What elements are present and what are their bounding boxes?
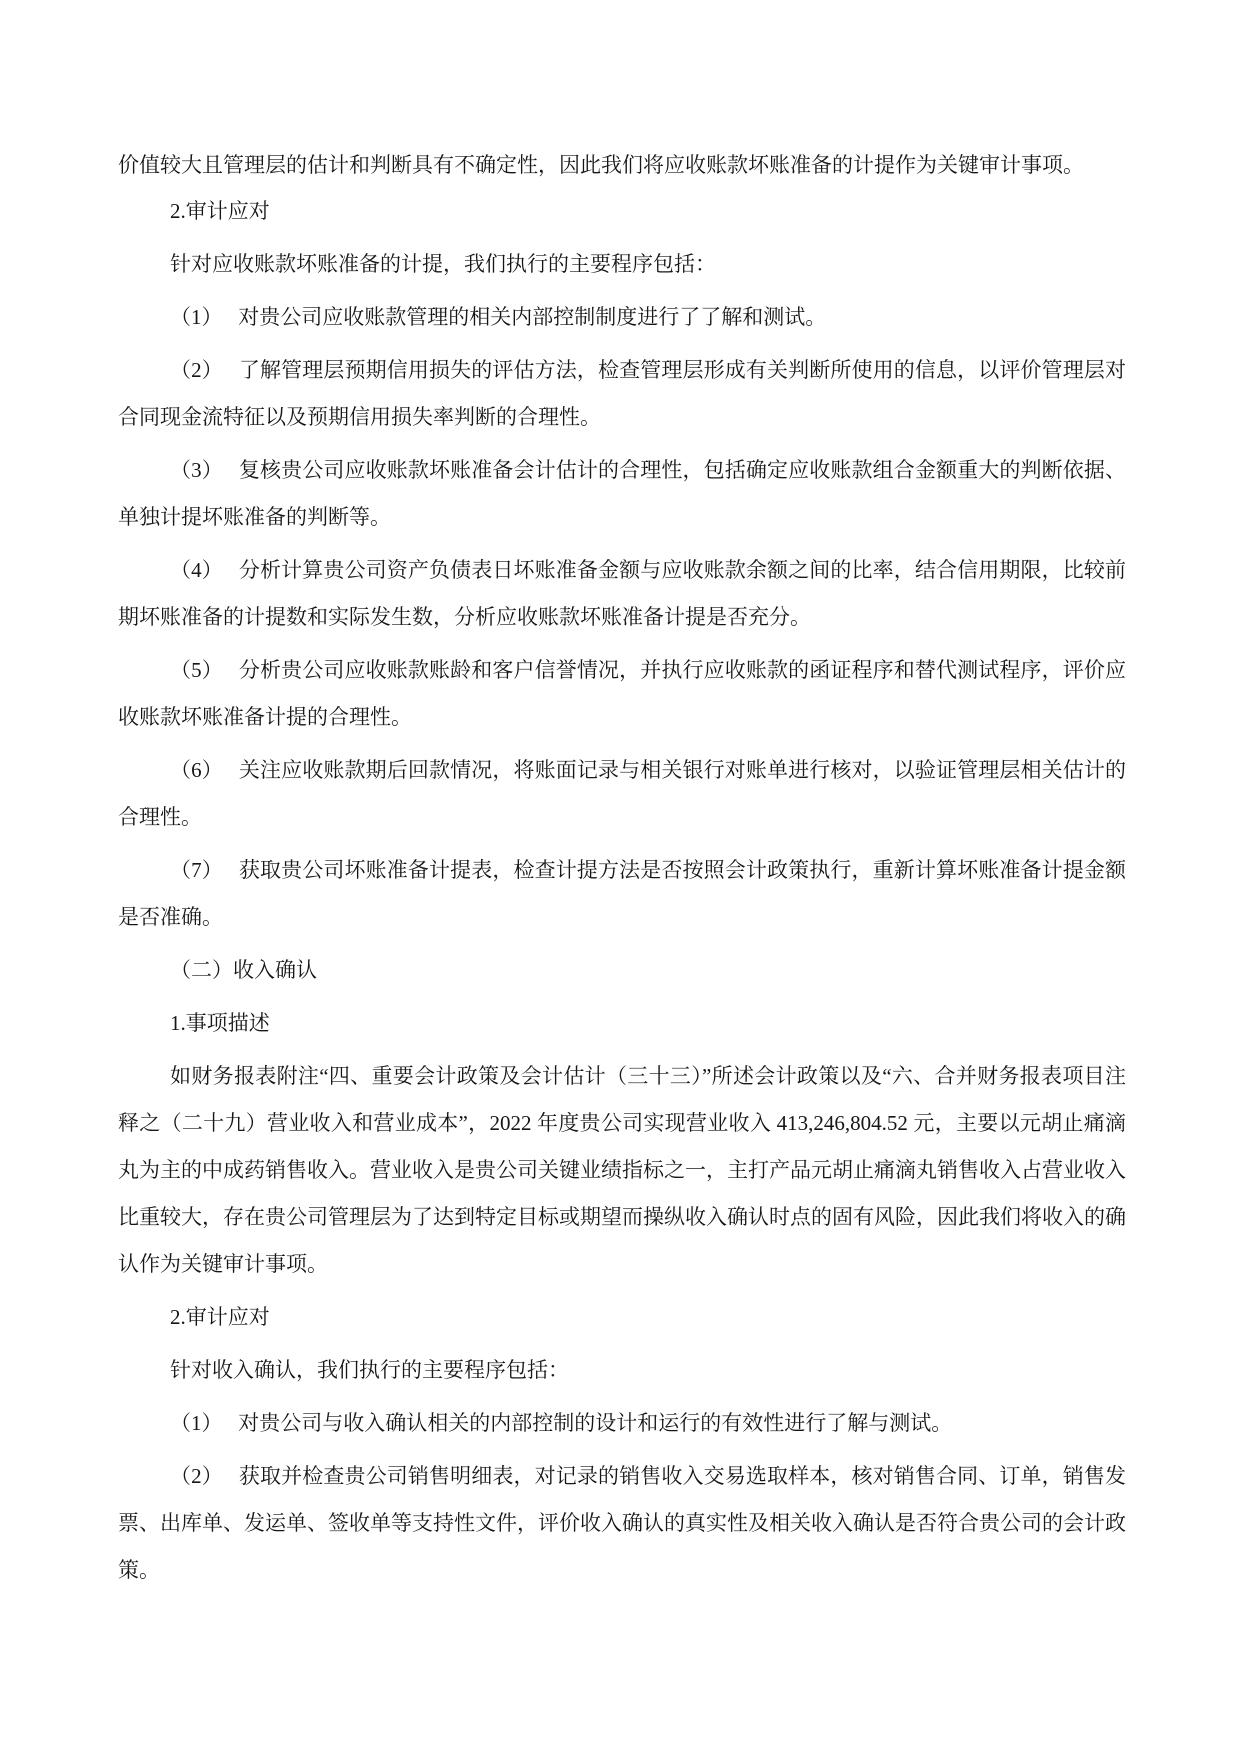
paragraph-procedures-intro-1: 针对应收账款坏账准备的计提，我们执行的主要程序包括：: [118, 241, 1126, 288]
list-item-receivables-3: （3） 复核贵公司应收账款坏账准备会计估计的合理性，包括确定应收账款组合金额重大…: [118, 447, 1126, 541]
list-item-receivables-5: （5） 分析贵公司应收账款账龄和客户信誉情况，并执行应收账款的函证程序和替代测试…: [118, 647, 1126, 741]
list-item-receivables-4: （4） 分析计算贵公司资产负债表日坏账准备金额与应收账款余额之间的比率，结合信用…: [118, 547, 1126, 641]
heading-matter-description: 1.事项描述: [118, 1000, 1126, 1047]
list-item-receivables-7: （7） 获取贵公司坏账准备计提表，检查计提方法是否按照会计政策执行，重新计算坏账…: [118, 847, 1126, 941]
heading-revenue-recognition: （二）收入确认: [118, 947, 1126, 994]
paragraph-carryover: 价值较大且管理层的估计和判断具有不确定性，因此我们将应收账款坏账准备的计提作为关…: [118, 150, 1126, 180]
list-item-revenue-2: （2） 获取并检查贵公司销售明细表，对记录的销售收入交易选取样本，核对销售合同、…: [118, 1453, 1126, 1594]
heading-audit-response-2: 2.审计应对: [118, 1294, 1126, 1341]
list-item-receivables-1: （1） 对贵公司应收账款管理的相关内部控制制度进行了了解和测试。: [118, 294, 1126, 341]
document-page: 价值较大且管理层的估计和判断具有不确定性，因此我们将应收账款坏账准备的计提作为关…: [0, 0, 1240, 1754]
list-item-receivables-2: （2） 了解管理层预期信用损失的评估方法，检查管理层形成有关判断所使用的信息，以…: [118, 347, 1126, 441]
heading-audit-response-1: 2.审计应对: [118, 188, 1126, 235]
list-item-receivables-6: （6） 关注应收账款期后回款情况，将账面记录与相关银行对账单进行核对，以验证管理…: [118, 747, 1126, 841]
paragraph-procedures-intro-2: 针对收入确认，我们执行的主要程序包括：: [118, 1347, 1126, 1394]
list-item-revenue-1: （1） 对贵公司与收入确认相关的内部控制的设计和运行的有效性进行了解与测试。: [118, 1400, 1126, 1447]
paragraph-matter-description: 如财务报表附注“四、重要会计政策及会计估计（三十三）”所述会计政策以及“六、合并…: [118, 1053, 1126, 1288]
